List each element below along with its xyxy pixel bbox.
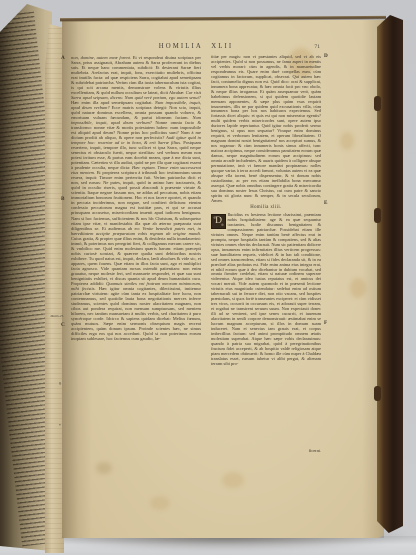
homilia-section-heading: Homilia xliii. xyxy=(211,206,321,211)
marginal-citation: Matth.25. xyxy=(38,314,64,318)
binding-bump xyxy=(374,386,381,401)
page-number: 71 xyxy=(298,44,320,50)
new-homily-text: Ilucidius ex hesterna lectione charissim… xyxy=(211,212,321,366)
body-text: Et vt respondeat diuina scriptura per Sa… xyxy=(71,55,201,95)
margin-letter: D xyxy=(324,53,328,59)
right-column: titiæ per magis: non vt præstantes aliqu… xyxy=(211,55,321,453)
body-text: Cuius gratia, & propter quæ illius enim,… xyxy=(71,236,201,286)
binding-bump xyxy=(374,208,381,223)
body-text: O magnam domini nostri benignitatem! nos… xyxy=(211,133,321,202)
margin-letter: E xyxy=(324,200,327,206)
book-photo: HOMILIA XLII 71 non, domine, autem meæ f… xyxy=(0,0,416,555)
foxing-stain xyxy=(150,496,170,510)
body-text: Ilucidius ex hesterna lectione charissim… xyxy=(211,212,321,366)
decorated-initial: D xyxy=(211,214,226,229)
running-header: HOMILIA XLII xyxy=(71,43,321,50)
foxing-stain xyxy=(350,278,366,298)
foxing-stain xyxy=(222,472,244,488)
left-page-edge-on xyxy=(0,0,52,555)
margin-letter: B xyxy=(61,196,64,202)
body-text: Et propterea scriptura à tribunali hoc t… xyxy=(71,170,201,230)
right-column-new-homily: DIlucidius ex hesterna lectione charissi… xyxy=(211,213,321,367)
catchline: ficerat. xyxy=(211,448,321,453)
body-text: Hæc igitur omnia cogitantes, dilectissim… xyxy=(71,286,201,341)
binding xyxy=(377,15,403,533)
left-page-shadow xyxy=(0,0,52,555)
margin-letter: C xyxy=(61,322,65,328)
body-text: titiæ per magis: non vt præstantes aliqu… xyxy=(211,55,321,138)
margin-mark: 9 xyxy=(59,382,61,386)
left-column-text: non, domine, autem meæ forent. Et vt res… xyxy=(71,55,201,465)
margin-letter: A xyxy=(61,55,65,61)
foxing-stain xyxy=(340,132,354,150)
margin-letter: F xyxy=(324,320,327,326)
binding-bump xyxy=(374,96,381,111)
margin-mark: * xyxy=(59,424,61,428)
right-column-paragraph-end: titiæ per magis: non vt præstantes aliqu… xyxy=(211,55,321,203)
